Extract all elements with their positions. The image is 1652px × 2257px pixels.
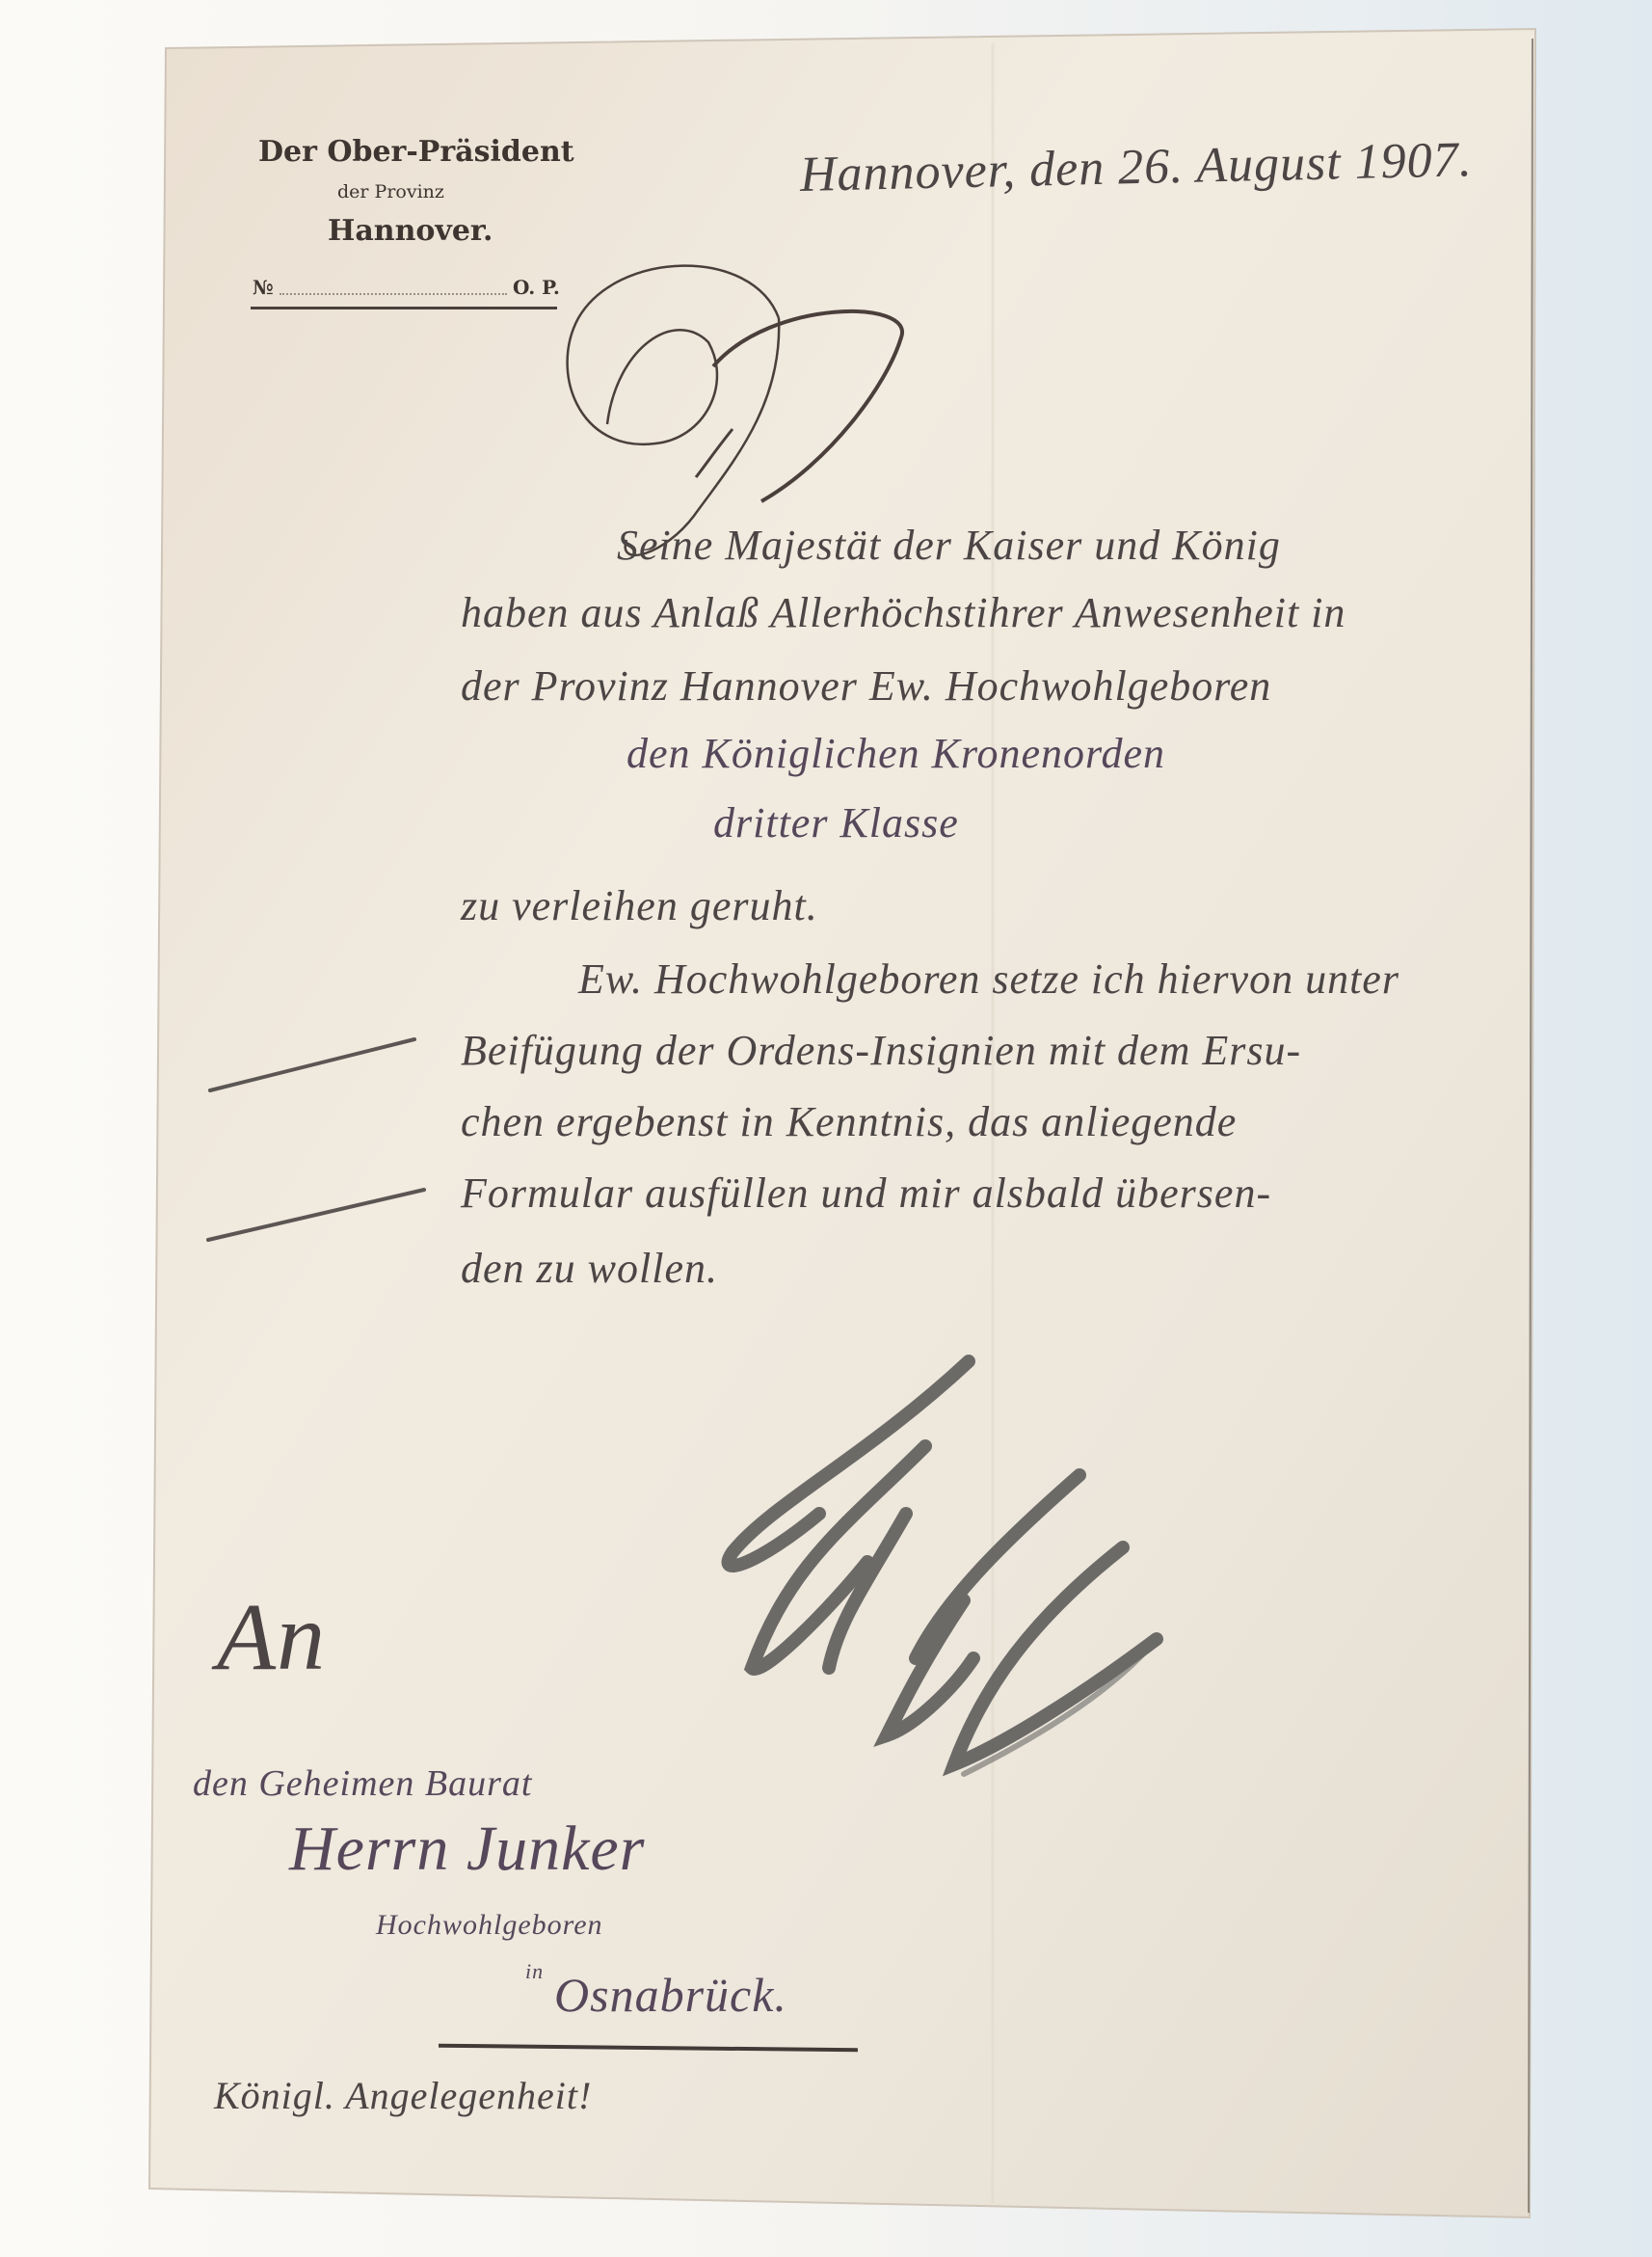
body-line: Seine Majestät der Kaiser und König [617,521,1281,570]
body-line: haben aus Anlaß Allerhöchstihrer Anwesen… [461,588,1346,637]
body-line: Ew. Hochwohlgeboren setze ich hiervon un… [578,954,1399,1004]
remark-note: Königl. Angelegenheit! [214,2073,592,2118]
letterhead-city: Hannover. [328,214,493,248]
letterhead-subtitle: der Provinz [337,181,444,202]
reference-number-field [280,293,507,295]
letter-sheet: Der Ober-Präsident der Provinz Hannover.… [0,0,1652,2257]
reference-number-label: № [253,276,274,299]
order-name: den Königlichen Kronenorden [626,729,1165,778]
body-line: Beifügung der Ordens-Insignien mit dem E… [461,1026,1301,1075]
letterhead-title: Der Ober-Präsident [258,135,574,169]
address-preposition: in [525,1959,544,1984]
reference-number-suffix: O. P. [513,276,560,299]
body-line: Formular ausfüllen und mir alsbald übers… [461,1169,1271,1218]
address-rank: den Geheimen Baurat [193,1762,532,1805]
address-name: Herrn Junker [289,1813,645,1886]
address-honorific: Hochwohlgeboren [376,1909,603,1942]
body-line: den zu wollen. [461,1244,718,1293]
body-line: chen ergebenst in Kenntnis, das anliegen… [461,1097,1237,1146]
address-salutation: An [217,1581,326,1692]
order-class: dritter Klasse [713,798,959,847]
address-city: Osnabrück. [554,1967,787,2023]
body-line: der Provinz Hannover Ew. Hochwohlgeboren [461,661,1271,711]
letterhead-rule [251,307,557,309]
body-line: zu verleihen geruht. [461,881,818,930]
